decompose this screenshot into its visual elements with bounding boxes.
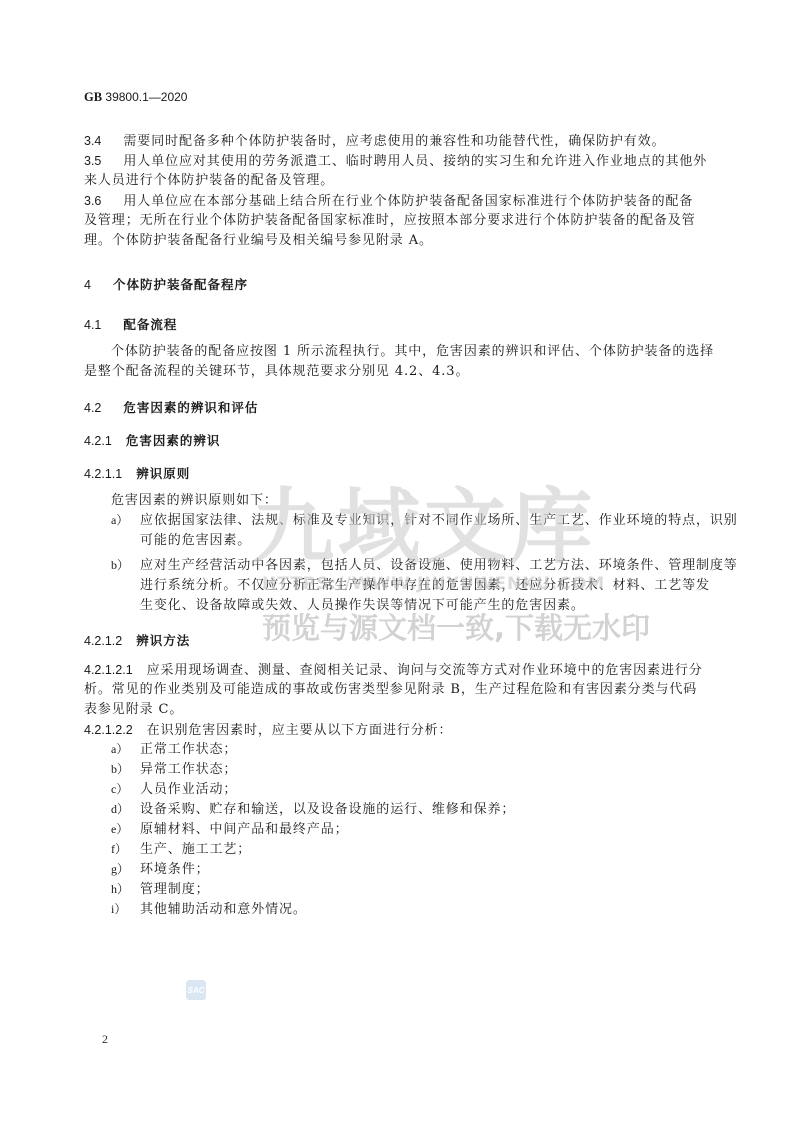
list-item-cont: 进行系统分析。不仅应分析正常生产操作中存在的危害因素，还应分析技术、材料、工艺等…	[140, 576, 700, 596]
list-marker: d）	[111, 800, 129, 817]
clause-3-5: 3.5用人单位应对其使用的劳务派遣工、临时聘用人员、接纳的实习生和允许进入作业地…	[84, 151, 698, 171]
list-marker: i）	[111, 900, 126, 917]
clause-4-2-1-2-1-cont: 析。常见的作业类别及可能造成的事故或伤害类型参见附录 B，生产过程危险和有害因素…	[84, 680, 698, 700]
section-title: 危害因素的辨识和评估	[123, 400, 258, 415]
list-marker: c）	[111, 780, 128, 797]
clause-number: 4.2.1.2.1	[84, 660, 133, 680]
section-title: 危害因素的辨识	[126, 433, 221, 448]
clause-4-2-1-2-1-cont: 表参见附录 C。	[84, 700, 698, 720]
clause-3-4: 3.4需要同时配备多种个体防护装备时，应考虑使用的兼容性和功能替代性，确保防护有…	[84, 131, 698, 151]
list-marker: f）	[111, 840, 127, 857]
clause-3-6: 3.6用人单位应在本部分基础上结合所在行业个体防护装备配备国家标准进行个体防护装…	[84, 191, 698, 211]
clause-number: 3.5	[84, 151, 101, 171]
clause-text: 在识别危害因素时，应主要从以下方面进行分析：	[147, 723, 453, 738]
clause-4-2-1-2-1: 4.2.1.2.1应采用现场调查、测量、查阅相关记录、询问与交流等方式对作业环境…	[84, 660, 698, 680]
clause-3-6-cont: 及管理；无所在行业个体防护装备配备国家标准时，应按照本部分要求进行个体防护装备的…	[84, 211, 698, 231]
list-marker: h）	[111, 880, 129, 897]
list-item: 管理制度；	[140, 880, 754, 900]
standard-code-header: GB 39800.1—2020	[84, 90, 187, 105]
section-4-2-heading: 4.2危害因素的辨识和评估	[84, 398, 698, 418]
clause-number: 3.4	[84, 131, 101, 151]
list-item: 人员作业活动；	[140, 780, 754, 800]
clause-text: 用人单位应对其使用的劳务派遣工、临时聘用人员、接纳的实习生和允许进入作业地点的其…	[123, 154, 707, 169]
section-4-2-1-heading: 4.2.1危害因素的辨识	[84, 431, 698, 451]
section-4-heading: 4个体防护装备配备程序	[84, 275, 698, 295]
section-title: 个体防护装备配备程序	[113, 277, 248, 292]
list-marker: e）	[111, 820, 128, 837]
list-marker: g）	[111, 860, 129, 877]
list-marker: b）	[111, 760, 129, 777]
clause-number: 4.2.1.2.2	[84, 720, 133, 740]
section-number: 4.2.1.1	[84, 464, 122, 484]
list-item: 异常工作状态；	[140, 760, 754, 780]
clause-number: 3.6	[84, 191, 101, 211]
list-item: 应对生产经营活动中各因素，包括人员、设备设施、使用物料、工艺方法、环境条件、管理…	[140, 556, 700, 576]
section-title: 辨识原则	[136, 466, 190, 481]
section-number: 4.1	[84, 315, 101, 335]
page-number: 2	[102, 1032, 108, 1047]
section-4-2-1-1-heading: 4.2.1.1辨识原则	[84, 464, 698, 484]
list-marker: a）	[111, 740, 128, 757]
section-4-2-1-2-heading: 4.2.1.2辨识方法	[84, 631, 698, 651]
clause-4-2-1-2-2: 4.2.1.2.2在识别危害因素时，应主要从以下方面进行分析：	[84, 720, 698, 740]
list-item-cont: 可能的危害因素。	[140, 531, 700, 551]
section-number: 4	[84, 275, 91, 295]
list-marker: a）	[111, 511, 128, 528]
list-item: 其他辅助活动和意外情况。	[140, 900, 754, 920]
header-code: 39800.1—2020	[105, 90, 187, 104]
list-item-cont: 生变化、设备故障或失效、人员操作失误等情况下可能产生的危害因素。	[140, 596, 700, 616]
clause-3-5-cont: 来人员进行个体防护装备的配备及管理。	[84, 171, 698, 191]
section-4-1-paragraph: 个体防护装备的配备应按图 1 所示流程执行。其中，危害因素的辨识和评估、个体防护…	[111, 342, 725, 362]
section-4-1-heading: 4.1配备流程	[84, 315, 698, 335]
list-item: 应依据国家法律、法规、标准及专业知识，针对不同作业场所、生产工艺、作业环境的特点…	[140, 511, 700, 531]
section-number: 4.2	[84, 398, 101, 418]
sac-logo-icon: SAC	[186, 980, 206, 1000]
list-item: 生产、施工工艺；	[140, 840, 754, 860]
document-page: GB 39800.1—2020 3.4需要同时配备多种个体防护装备时，应考虑使用…	[0, 0, 793, 1122]
header-prefix: GB	[84, 90, 102, 104]
section-4-1-paragraph-cont: 是整个配备流程的关键环节，具体规范要求分别见 4.2、4.3。	[84, 362, 698, 382]
section-number: 4.2.1	[84, 431, 112, 451]
list-item: 设备采购、贮存和输送，以及设备设施的运行、维修和保养；	[140, 800, 754, 820]
list-item: 正常工作状态；	[140, 740, 754, 760]
clause-text: 应采用现场调查、测量、查阅相关记录、询问与交流等方式对作业环境中的危害因素进行分	[147, 663, 703, 678]
list-item: 环境条件；	[140, 860, 754, 880]
section-title: 配备流程	[123, 317, 177, 332]
section-title: 辨识方法	[136, 633, 190, 648]
section-number: 4.2.1.2	[84, 631, 122, 651]
clause-3-6-cont: 理。个体防护装备配备行业编号及相关编号参见附录 A。	[84, 231, 698, 251]
clause-text: 用人单位应在本部分基础上结合所在行业个体防护装备配备国家标准进行个体防护装备的配…	[123, 194, 693, 209]
list-marker: b）	[111, 556, 129, 573]
clause-text: 需要同时配备多种个体防护装备时，应考虑使用的兼容性和功能替代性，确保防护有效。	[123, 134, 665, 149]
list-item: 原辅材料、中间产品和最终产品；	[140, 820, 754, 840]
principles-intro: 危害因素的辨识原则如下：	[111, 491, 725, 511]
